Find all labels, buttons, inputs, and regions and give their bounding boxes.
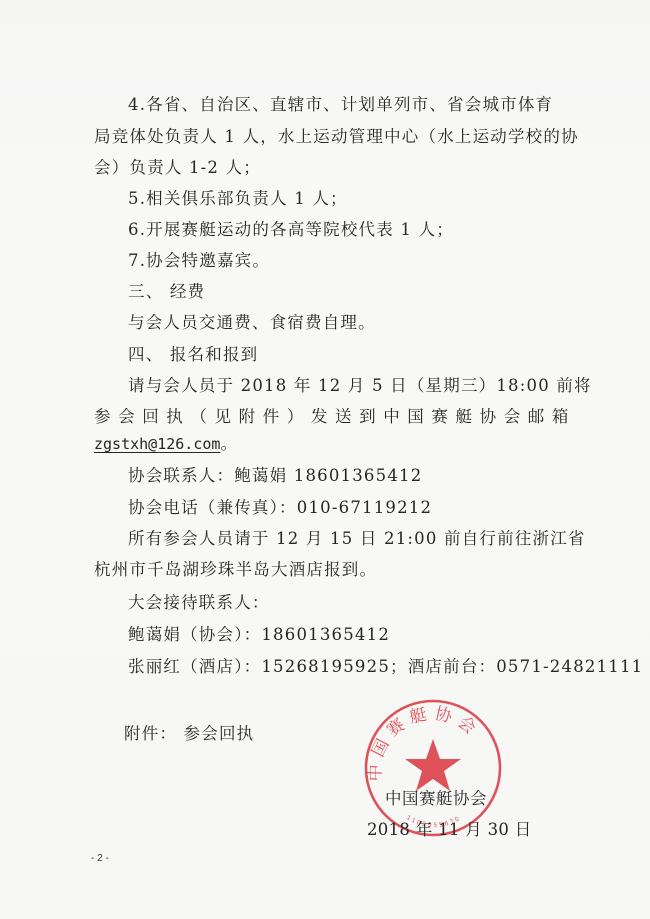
attachment-note: 附件： 参会回执	[124, 723, 254, 745]
email-link[interactable]: zgstxh@126.com	[94, 435, 220, 453]
reception-contact-hotel: 张丽红（酒店）：15268195925；酒店前台：0571-24821111	[128, 656, 643, 678]
paragraph-line: 杭州市千岛湖珍珠半岛大酒店报到。	[94, 559, 377, 581]
contact-person: 协会联系人：鲍蔼娟 18601365412	[128, 465, 422, 487]
email-line: zgstxh@126.com。	[94, 433, 238, 455]
paragraph-line: 参会回执（见附件）发送到中国赛艇协会邮箱	[94, 406, 576, 428]
page-number: - 2 -	[91, 853, 109, 864]
list-item-5: 5.相关俱乐部负责人 1 人；	[128, 188, 348, 210]
signature-organization: 中国赛艇协会	[385, 788, 487, 810]
paragraph-line: 请与会人员于 2018 年 12 月 5 日（星期三）18:00 前将	[128, 375, 592, 397]
section-heading-registration: 四、 报名和报到	[128, 344, 258, 366]
paragraph-line: 局竞体处负责人 1 人，水上运动管理中心（水上运动学校的协	[94, 126, 579, 148]
list-item-6: 6.开展赛艇运动的各高等院校代表 1 人；	[128, 219, 454, 241]
paragraph-line: 所有参会人员请于 12 月 15 日 21:00 前自行前往浙江省	[128, 528, 586, 550]
paragraph-line: 4.各省、自治区、直辖市、计划单列市、省会城市体育	[128, 94, 553, 116]
section-heading-expenses: 三、 经费	[128, 281, 205, 303]
signature-date: 2018 年 11 月 30 日	[367, 819, 532, 841]
document-page: 4.各省、自治区、直辖市、计划单列市、省会城市体育 局竞体处负责人 1 人，水上…	[0, 0, 650, 919]
reception-contacts-heading: 大会接待联系人：	[128, 592, 270, 614]
contact-phone: 协会电话（兼传真）：010-67119212	[128, 497, 432, 519]
official-seal: 中国赛艇协会 1102955670	[362, 697, 504, 839]
svg-text:中国赛艇协会: 中国赛艇协会	[366, 704, 484, 782]
paragraph-line: 会）负责人 1-2 人；	[94, 157, 261, 179]
email-suffix: 。	[220, 434, 238, 453]
reception-contact-association: 鲍蔼娟（协会）：18601365412	[128, 624, 390, 646]
list-item-7: 7.协会特邀嘉宾。	[128, 250, 270, 272]
seal-star-icon: 中国赛艇协会 1102955670	[362, 697, 504, 839]
paragraph-line: 与会人员交通费、食宿费自理。	[128, 312, 376, 334]
